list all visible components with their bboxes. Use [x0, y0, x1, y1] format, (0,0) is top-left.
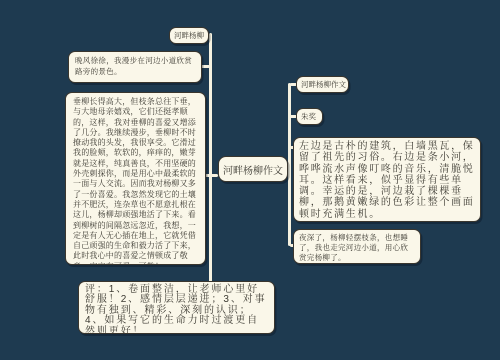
connector-left-spine: [209, 33, 212, 282]
connector-right-spine: [288, 83, 291, 246]
node-essay-title[interactable]: 河畔杨柳作文: [296, 76, 349, 93]
connector-stub-root-left: [205, 174, 218, 177]
node-scene-paragraph[interactable]: 左边是古朴的建筑，白墙黑瓦，保留了祖先的习俗。右边是条小河，哗哗流水声像叮咚的音…: [293, 137, 481, 222]
node-intro-paragraph[interactable]: 晚风徐徐，我漫步在河边小道欣赏路旁的景色。: [68, 51, 202, 83]
node-body-paragraph[interactable]: 垂柳长得高大，但枝条总往下垂，与大地母亲嬉戏，它们还挺孝顺的，这样，我对垂柳的喜…: [65, 92, 206, 265]
node-root-topic[interactable]: 河畔杨柳作文: [218, 156, 288, 182]
node-author[interactable]: 朱奖: [296, 108, 323, 125]
node-main-title[interactable]: 河畔杨柳: [169, 27, 209, 44]
connector-stub-intro: [201, 65, 210, 68]
node-teacher-comment[interactable]: 评：1、卷面整洁，让老师心里好舒服！2、感情层层递进；3、对事物有独到、精彩、深…: [78, 281, 275, 334]
node-ending-paragraph[interactable]: 夜深了，杨柳轻摆枝条，也想睡了，我也走完河边小道，用心欣赏完杨柳了。: [293, 229, 421, 264]
mindmap-canvas: 河畔杨柳 晚风徐徐，我漫步在河边小道欣赏路旁的景色。 垂柳长得高大，但枝条总往下…: [0, 0, 500, 360]
